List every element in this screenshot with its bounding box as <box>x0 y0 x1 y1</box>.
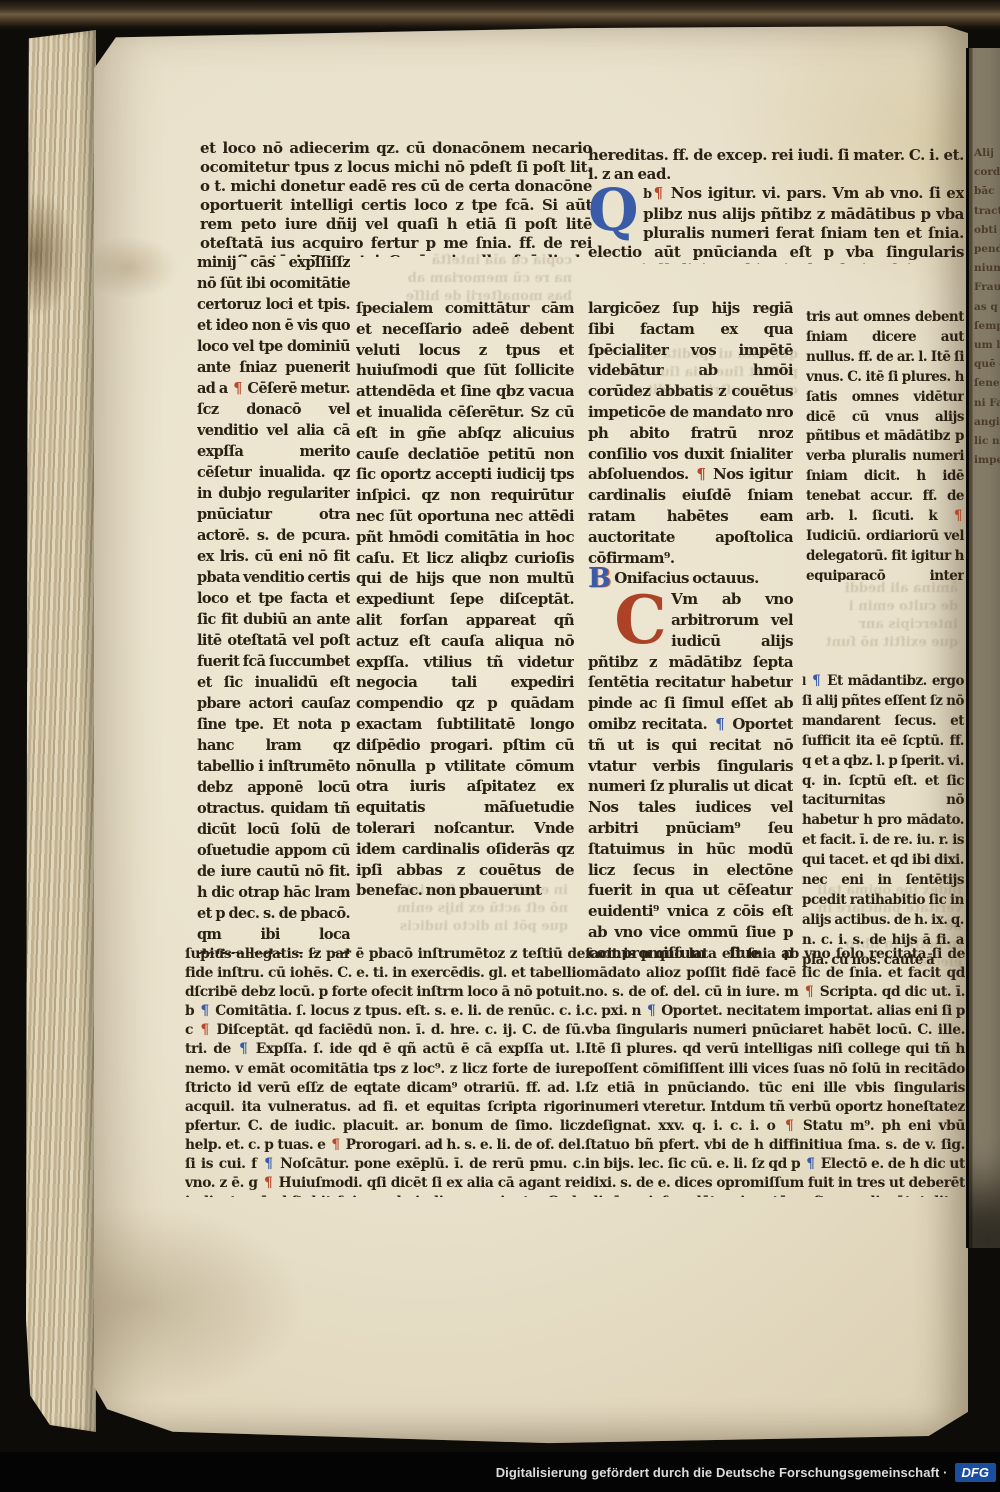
scan-background: copia cū aīa inteſtā na re cū memoriam a… <box>0 0 1000 1492</box>
next-page-edge: Alij cord bāc tract obti pend nium Fraus… <box>966 48 1000 1248</box>
paragraph-mark: ¶ <box>262 1175 274 1191</box>
lombard-initial-b: B <box>588 568 610 590</box>
body-text: ſpecialem comittātur cām et neceſſario a… <box>356 299 574 899</box>
paragraph-mark: ¶ <box>237 1041 249 1057</box>
top-left-paragraph: et loco nō adiecerim qz. cū donacōnem ne… <box>200 139 592 257</box>
body-text: Oportet. necitatem importat. alias eni ſ… <box>585 1003 965 1134</box>
lombard-initial-q: Q <box>588 187 638 233</box>
page-edge-stack <box>26 30 96 1432</box>
q-initial-paragraph: Qb¶ Nos igitur. vi. pars. Vm ab vno. ſi … <box>588 184 964 264</box>
paragraph-mark: ¶ <box>803 984 815 1000</box>
bottom-left-commentary: ſupius allegatis. ſz par ē pbacō inſtrum… <box>185 945 585 1197</box>
bottom-right-commentary: facit is p quo lata eſt ſnia ab vno ſolo… <box>585 945 965 1197</box>
body-text: largicōez ſup hijs regiā ſibi factam ex … <box>588 299 793 483</box>
lombard-initial-c: C <box>614 594 666 646</box>
paragraph-mark: ¶ <box>645 1003 657 1019</box>
paragraph-mark: ¶ <box>231 380 244 397</box>
paragraph-mark: ¶ <box>810 673 822 689</box>
body-text: tris aut omnes debent ſniam dicere aut n… <box>806 309 964 524</box>
guide-letter: l <box>802 674 810 688</box>
dfg-logo: DFG <box>955 1463 996 1482</box>
body-text: et loco nō adiecerim qz. cū donacōnem ne… <box>200 139 592 257</box>
paragraph-mark: ¶ <box>262 1156 274 1172</box>
right-gloss-column-lower: l ¶ Et mādantibz. ergo ſi alij pñtes eſſ… <box>802 672 964 974</box>
body-text: Et mādantibz. ergo ſi alij pñtes eſſent … <box>802 673 964 968</box>
show-through-text: āmina ali heddi de culto emin i intercip… <box>806 580 958 670</box>
top-right-paragraph: hereditas. ff. de excep. rei iudi. ſi ma… <box>588 146 964 264</box>
right-gloss-column-upper: tris aut omnes debent ſniam dicere aut n… <box>806 308 964 582</box>
guide-letter: b <box>643 187 652 202</box>
cum-paragraph: CVm ab vno arbitrorum vel iudicū alijs p… <box>588 589 793 960</box>
center-text-column: ſpecialem comittātur cām et neceſſario a… <box>356 298 574 948</box>
body-text: hereditas. ff. de excep. rei iudi. ſi ma… <box>588 146 964 184</box>
right-main-column: largicōez ſup hijs regiā ſibi factam ex … <box>588 298 793 960</box>
body-text: Oportet tñ ut is qui recitat nō vtatur v… <box>588 715 793 960</box>
body-text: minij cās expſſiſſz nō ſūt ibi ocomitāti… <box>197 254 350 397</box>
left-gloss-column: minij cās expſſiſſz nō ſūt ibi ocomitāti… <box>197 252 350 954</box>
heading-text: Onifacius octauus. <box>614 569 759 587</box>
footer-bar: Digitalisierung gefördert durch die Deut… <box>0 1452 1000 1492</box>
paragraph-mark: ¶ <box>329 1137 341 1153</box>
footer-credit: Digitalisierung gefördert durch die Deut… <box>496 1465 948 1480</box>
body-text: Nos igitur. vi. pars. <box>665 184 832 202</box>
paragraph-mark: ¶ <box>694 465 707 483</box>
paragraph-mark: ¶ <box>952 508 964 524</box>
book-top-edge <box>0 0 1000 30</box>
body-text: Cēſerē metur. ſcz donacō vel venditio ve… <box>197 380 350 954</box>
chapter-heading-bonifacius: BOnifacius octauus. <box>588 568 793 589</box>
parchment-sheet: copia cū aīa inteſtā na re cū memoriam a… <box>94 26 968 1446</box>
paragraph-mark: ¶ <box>713 715 726 733</box>
paragraph-mark: ¶ <box>199 1022 211 1038</box>
paragraph-mark: ¶ <box>783 1118 795 1134</box>
body-text: Iudiciū. ordiariorū vel delegatorū. fit … <box>806 528 964 582</box>
paragraph-mark: ¶ <box>804 1156 816 1172</box>
paragraph-mark: ¶ <box>199 1003 211 1019</box>
paragraph-mark: ¶ <box>652 184 665 202</box>
next-page-text: Alij cord bāc tract obti pend nium Fraus… <box>974 144 1000 470</box>
